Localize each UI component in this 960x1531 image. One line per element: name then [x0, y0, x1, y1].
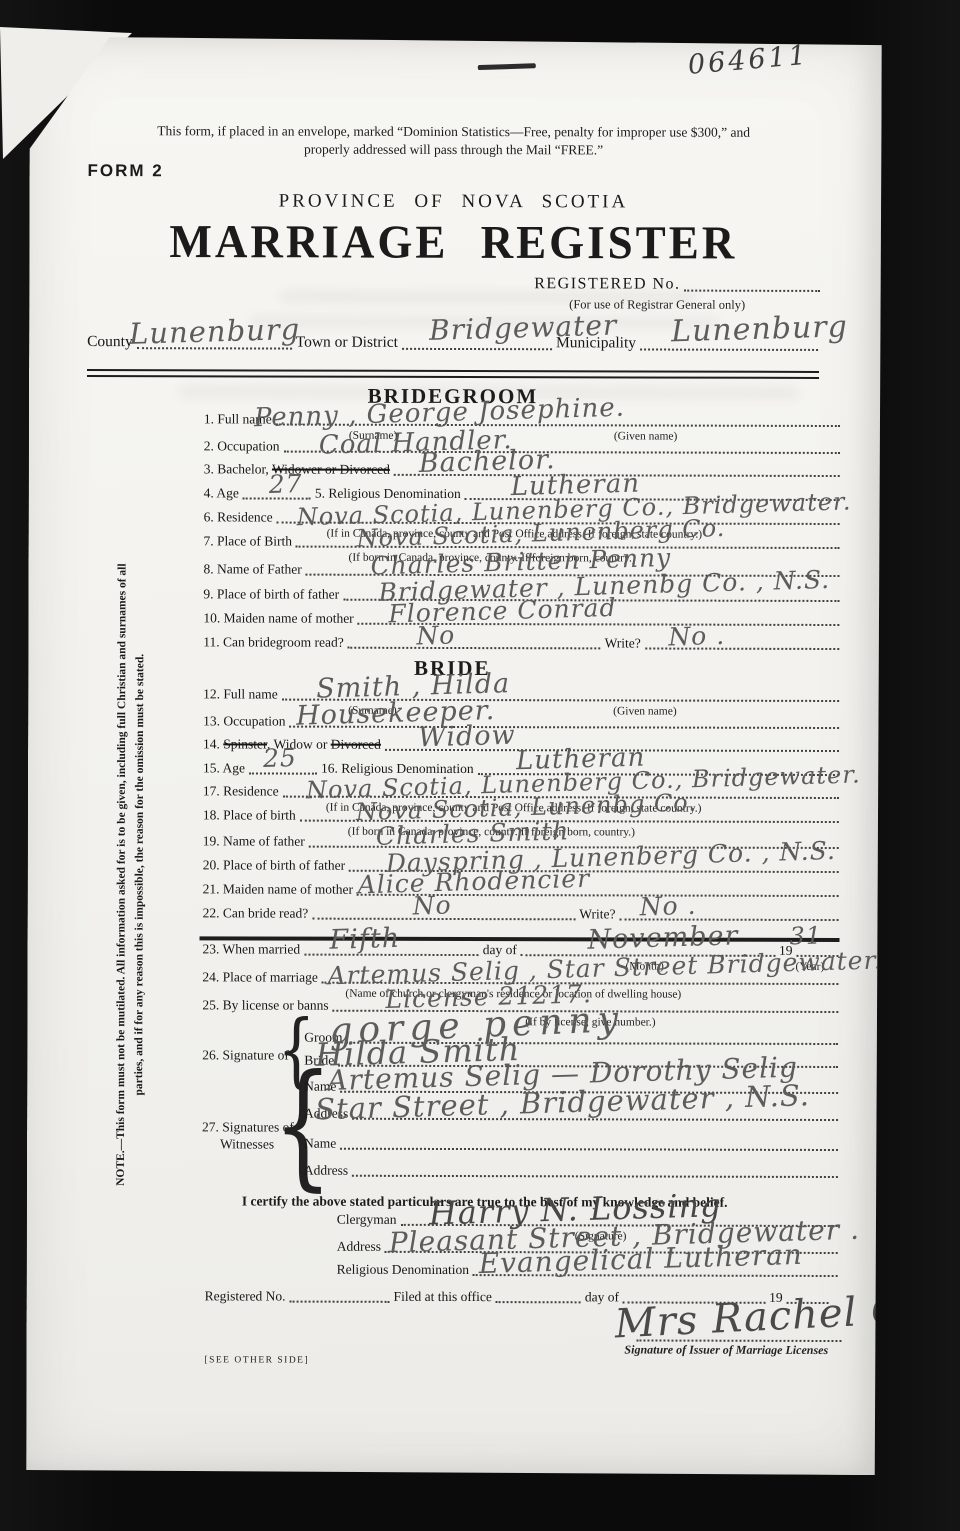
groom-read-value: No	[416, 622, 456, 648]
town-district-label: Town or District	[293, 334, 401, 352]
issuer-signature-line	[636, 1338, 841, 1342]
staple-mark	[478, 63, 536, 70]
field-label-groom-literacy: 11. Can bridegroom read?	[203, 634, 346, 650]
field-label-bride-father-birthplace: 20. Place of birth of father	[203, 857, 348, 873]
registered-no-label: REGISTERED No.	[534, 275, 683, 293]
field-label-birthplace: 7. Place of Birth	[204, 533, 296, 549]
municipality-value: Lunenburg	[671, 312, 849, 347]
field-label-mother: 10. Maiden name of mother	[203, 610, 356, 626]
province-heading: PROVINCE OF NOVA SCOTIA	[87, 190, 819, 214]
dotted-leader	[290, 1300, 390, 1303]
field-label-bride-father: 19. Name of father	[203, 833, 308, 849]
serial-number: 064611	[687, 42, 810, 79]
issuer-signature-caption: Signature of Issuer of Marriage Licenses	[624, 1342, 828, 1358]
filed-at-office-label: Filed at this office	[391, 1289, 495, 1305]
bride-read-value: No	[412, 892, 452, 918]
bride-mother-value: Alice Rhodencier	[357, 866, 590, 898]
field-label-father: 8. Name of Father	[203, 561, 304, 577]
bride-write-value: No .	[639, 893, 697, 920]
field-label-place-of-marriage: 24. Place of marriage	[202, 969, 320, 985]
dotted-leader	[685, 289, 821, 292]
filing-registered-label: Registered No.	[205, 1288, 289, 1304]
field-label-bride-literacy: 22. Can bride read?	[203, 905, 312, 921]
witness-name-label: Name	[304, 1136, 339, 1152]
page-title: MARRIAGE REGISTER	[87, 214, 819, 271]
clergyman-denomination-label: Religious Denomination	[337, 1262, 472, 1278]
dotted-leader	[402, 347, 552, 350]
county-value: Lunenburg	[129, 315, 301, 349]
bride-status-struck1: Spinster	[223, 736, 267, 751]
field-label-occupation: 2. Occupation	[204, 438, 283, 454]
field-label-bride-birthplace: 18. Place of birth	[203, 807, 299, 823]
field-label-bride-age: 15. Age	[203, 760, 248, 776]
town-district-value: Bridgewater	[429, 311, 618, 344]
bride-status-value: Widow	[418, 722, 516, 752]
bride-age-value: 25	[263, 745, 298, 771]
groom-write-value: No .	[668, 623, 726, 650]
see-other-side-note: [SEE OTHER SIDE]	[204, 1355, 309, 1365]
field-label-bride-status: 14.	[203, 736, 223, 751]
witness-address-label: Address	[304, 1163, 351, 1179]
field-label-bride-full-name: 12. Full name	[203, 686, 281, 702]
margin-note: NOTE.—This form must not be mutilated. A…	[113, 552, 150, 1197]
dotted-leader	[640, 347, 818, 350]
field-label-residence: 6. Residence	[204, 509, 276, 525]
field-label-status: 3. Bachelor,	[204, 461, 272, 476]
dotted-leader	[340, 1147, 838, 1151]
field-label-bride-mother: 21. Maiden name of mother	[203, 881, 356, 897]
mail-note-line2: properly addressed will pass through the…	[88, 141, 820, 159]
marriage-register-page: 064611 This form, if placed in an envelo…	[26, 37, 882, 1475]
dotted-leader	[496, 1300, 581, 1303]
groom-age-value: 27	[268, 471, 303, 497]
write-label: Write?	[576, 906, 618, 922]
double-rule	[87, 369, 819, 379]
mail-note-line1: This form, if placed in an envelope, mar…	[88, 123, 820, 141]
field-label-age: 4. Age	[204, 485, 242, 501]
bride-status-struck2: Divorced	[331, 737, 381, 752]
dotted-leader	[348, 646, 601, 650]
field-label-father-birthplace: 9. Place of birth of father	[203, 586, 342, 602]
field-label-bride-occupation: 13. Occupation	[203, 713, 289, 729]
marriage-day-value: Fifth	[329, 925, 400, 954]
form-number: FORM 2	[88, 161, 164, 181]
write-label: Write?	[602, 635, 644, 651]
marriage-year-value: 31	[789, 923, 822, 948]
marriage-month-value: November	[587, 922, 739, 953]
field-label-bride-residence: 17. Residence	[203, 783, 282, 799]
field-label-when-married: 23. When married	[202, 941, 303, 957]
clergyman-address-label: Address	[337, 1239, 384, 1255]
dotted-leader	[352, 1174, 838, 1178]
